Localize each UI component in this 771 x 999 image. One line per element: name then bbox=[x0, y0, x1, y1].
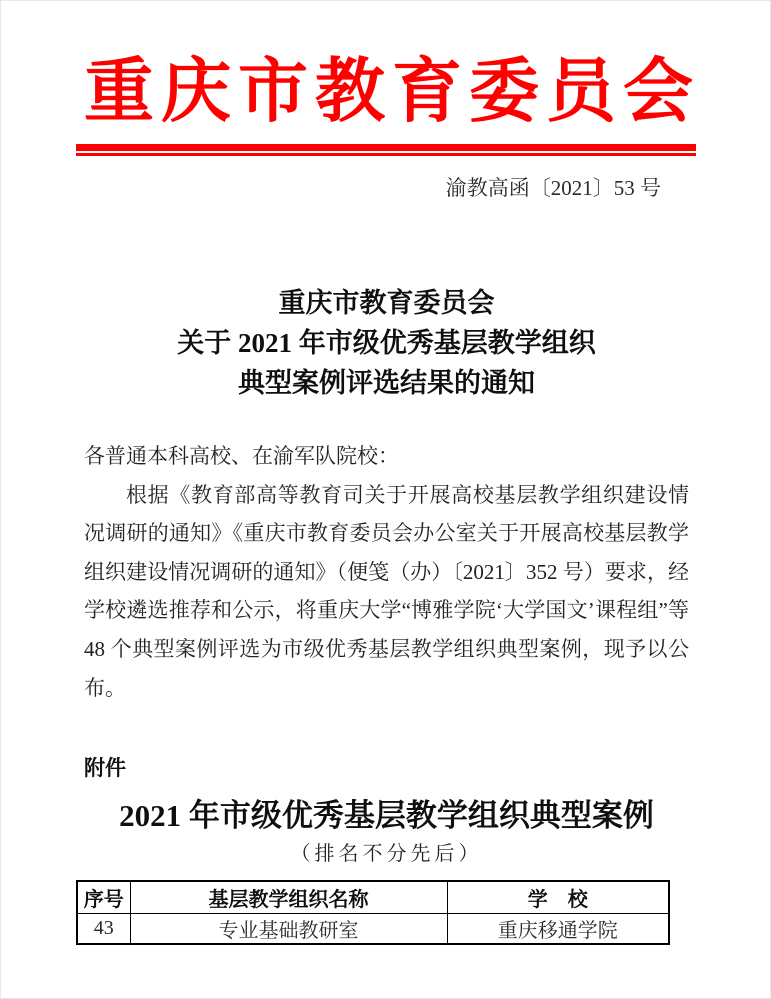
column-header-organization: 基层教学组织名称 bbox=[130, 881, 447, 914]
letterhead-agency-name: 重庆市教育委员会 bbox=[84, 51, 689, 135]
cell-school: 重庆移通学院 bbox=[447, 914, 669, 945]
attachment-title: 2021 年市级优秀基层教学组织典型案例 bbox=[84, 798, 689, 834]
notice-salutation: 各普通本科高校、在渝军队院校： bbox=[84, 437, 689, 476]
case-table-header-row: 序号 基层教学组织名称 学 校 bbox=[77, 881, 669, 914]
notice-body-paragraph: 根据《教育部高等教育司关于开展高校基层教学组织建设情况调研的通知》《重庆市教育委… bbox=[84, 476, 689, 708]
cell-serial: 43 bbox=[77, 914, 130, 945]
notice-title-line-3: 典型案例评选结果的通知 bbox=[84, 363, 689, 403]
notice-title-line-2: 关于 2021 年市级优秀基层教学组织 bbox=[84, 323, 689, 363]
document-content: 重庆市教育委员会 渝教高函〔2021〕53 号 重庆市教育委员会 关于 2021… bbox=[1, 51, 770, 945]
document-number: 渝教高函〔2021〕53 号 bbox=[84, 175, 689, 201]
letterhead-red-rule bbox=[76, 144, 696, 157]
attachment-label: 附件 bbox=[84, 755, 689, 783]
notice-title: 重庆市教育委员会 关于 2021 年市级优秀基层教学组织 典型案例评选结果的通知 bbox=[84, 283, 689, 403]
column-header-school: 学 校 bbox=[447, 881, 669, 914]
table-row: 43 专业基础教研室 重庆移通学院 bbox=[77, 914, 669, 945]
notice-body: 各普通本科高校、在渝军队院校： 根据《教育部高等教育司关于开展高校基层教学组织建… bbox=[84, 437, 689, 707]
document-page: 重庆市教育委员会 渝教高函〔2021〕53 号 重庆市教育委员会 关于 2021… bbox=[0, 0, 771, 999]
notice-title-line-1: 重庆市教育委员会 bbox=[84, 283, 689, 323]
attachment-subtitle: （排名不分先后） bbox=[84, 841, 689, 867]
cell-organization: 专业基础教研室 bbox=[130, 914, 447, 945]
column-header-serial: 序号 bbox=[77, 881, 130, 914]
case-table: 序号 基层教学组织名称 学 校 43 专业基础教研室 重庆移通学院 bbox=[76, 880, 670, 945]
